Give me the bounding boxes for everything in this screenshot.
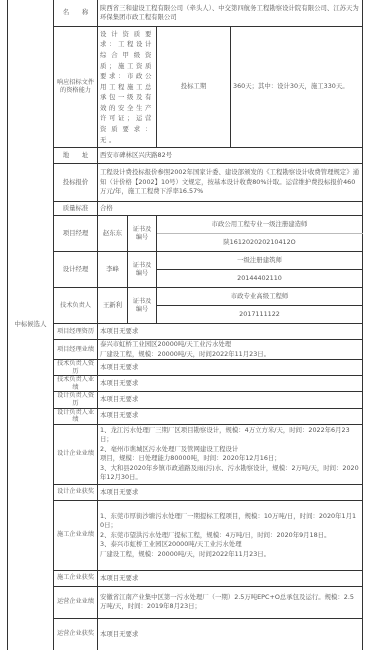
- row-quality: 质量标准 合格: [8, 202, 363, 216]
- value-pm-qualification: 本项目无要求: [98, 324, 363, 340]
- label-operation-company-performance: 运营企业业绩: [54, 586, 98, 618]
- value-design-lead-qualification: 本项目无要求: [98, 392, 363, 408]
- row-design-company-awards: 设计企业获奖 本项目无要求: [8, 484, 363, 500]
- label-pm-performance: 项目经理业绩: [54, 340, 98, 360]
- label-design-lead-performance: 设计负责人业绩: [54, 408, 98, 424]
- row-address: 地 址 西安市碑林区兴庆路82号: [8, 148, 363, 164]
- value-design-company-awards: 本项目无要求: [98, 484, 363, 500]
- label-pm-qualification: 项目经理资历: [54, 324, 98, 340]
- value-operation-company-awards: 本项目无要求: [98, 618, 363, 650]
- row-construction-company-performance: 施工企业业绩 1、东莞市厚街沙塘污水处理厂一期提标工程项目，规模：10万吨/日，…: [8, 500, 363, 570]
- value-tl-name: 王新利: [98, 288, 128, 324]
- row-design-lead-qualification: 设计负责人资历 本项目无要求: [8, 392, 363, 408]
- label-tech-qualification: 技术负责人资历: [54, 360, 98, 376]
- value-quality: 合格: [98, 202, 363, 216]
- row-project-manager: 项目经理 赵东东 证书及编号 市政公用工程专业一级注册建造师: [8, 216, 363, 234]
- value-construction-company-performance: 1、东莞市厚街沙塘污水处理厂一期提标工程项目，规模：10万吨/日，时间：2020…: [98, 500, 363, 570]
- value-tech-qualification: 本项目无要求: [98, 360, 363, 376]
- label-construction-company-performance: 施工企业业绩: [54, 500, 98, 570]
- row-design-company-performance: 设计企业业绩 1、龙江污水处理厂三期厂区项目勘察设计，规模：4万立方米/天，时间…: [8, 424, 363, 484]
- row-operation-company-performance: 运营企业业绩 安徽省江南产业集中区第一污水处理厂（一期）2.5万吨EPC+O总承…: [8, 586, 363, 618]
- value-tl-cert-name: 市政专业高级工程师: [157, 288, 363, 306]
- label-project-manager: 项目经理: [54, 216, 98, 252]
- value-design-lead-performance: 本项目无要求: [98, 408, 363, 424]
- label-design-lead-qualification: 设计负责人资历: [54, 392, 98, 408]
- row-pm-performance: 项目经理业绩 泰兴市虹桥工业园区20000吨/天工业污水处理 厂建设工程，规模：…: [8, 340, 363, 360]
- value-period: 360天；其中：设计30天，施工330天。: [231, 27, 363, 148]
- label-tech-lead: 技术负责人: [54, 288, 98, 324]
- value-dm-cert-no: 20144402110: [157, 270, 363, 288]
- row-pm-qualification: 项目经理资历 本项目无要求: [8, 324, 363, 340]
- label-tl-cert: 证书及编号: [128, 288, 157, 324]
- label-tech-performance: 技术负责人业绩: [54, 376, 98, 392]
- label-pm-cert: 证书及编号: [128, 216, 157, 252]
- label-name: 名 称: [54, 0, 98, 27]
- side-label: 中标候选人: [8, 0, 54, 650]
- value-tech-performance: 本项目无要求: [98, 376, 363, 392]
- label-quality: 质量标准: [54, 202, 98, 216]
- value-tl-cert-no: 2017111122: [157, 306, 363, 324]
- label-bid-price: 投标报价: [54, 164, 98, 202]
- value-pm-name: 赵东东: [98, 216, 128, 252]
- row-name: 中标候选人 名 称 陕西省三和建设工程有限公司（牵头人）、中交第四航务工程勘察设…: [8, 0, 363, 27]
- label-address: 地 址: [54, 148, 98, 164]
- row-design-lead-performance: 设计负责人业绩 本项目无要求: [8, 408, 363, 424]
- label-design-manager: 设计经理: [54, 252, 98, 288]
- label-dm-cert: 证书及编号: [128, 252, 157, 288]
- row-construction-company-awards: 施工企业获奖 本项目无要求: [8, 570, 363, 586]
- label-period: 投标工期: [157, 27, 231, 148]
- row-operation-company-awards: 运营企业获奖 本项目无要求: [8, 618, 363, 650]
- value-design-company-performance: 1、龙江污水处理厂三期厂区项目勘察设计，规模：4万立方米/天，时间：2022年6…: [98, 424, 363, 484]
- row-tech-lead: 技术负责人 王新利 证书及编号 市政专业高级工程师: [8, 288, 363, 306]
- bid-candidate-table: 中标候选人 名 称 陕西省三和建设工程有限公司（牵头人）、中交第四航务工程勘察设…: [7, 0, 363, 650]
- value-construction-company-awards: 本项目无要求: [98, 570, 363, 586]
- row-bid-price: 投标报价 工程设计费投标报价参照2002年国家计委、建设部颁发的《工程勘察设计收…: [8, 164, 363, 202]
- value-name: 陕西省三和建设工程有限公司（牵头人）、中交第四航务工程勘察设计院有限公司、江苏天…: [98, 0, 363, 27]
- value-dm-cert-name: 一级注册建筑师: [157, 252, 363, 270]
- value-bid-price: 工程设计费投标报价参照2002年国家计委、建设部颁发的《工程勘察设计收费管理规定…: [98, 164, 363, 202]
- label-design-company-awards: 设计企业获奖: [54, 484, 98, 500]
- value-qualification-requirements: 设计资质要求：工程设计综合甲级资质；施工资质要求：市政公用工程施工总承包一级及有…: [98, 27, 157, 148]
- value-operation-company-performance: 安徽省江南产业集中区第一污水处理厂（一期）2.5万吨EPC+O总承包及运行。规模…: [98, 586, 363, 618]
- row-qualification: 响应招标文件的资格能力 设计资质要求：工程设计综合甲级资质；施工资质要求：市政公…: [8, 27, 363, 148]
- value-pm-performance: 泰兴市虹桥工业园区20000吨/天工业污水处理 厂建设工程，规模：20000吨/…: [98, 340, 363, 360]
- value-pm-cert-name: 市政公用工程专业一级注册建造师: [157, 216, 363, 234]
- label-qualification: 响应招标文件的资格能力: [54, 27, 98, 148]
- row-tech-qualification: 技术负责人资历 本项目无要求: [8, 360, 363, 376]
- value-pm-cert-no: 陕161202020210412O: [157, 234, 363, 252]
- row-tech-performance: 技术负责人业绩 本项目无要求: [8, 376, 363, 392]
- value-dm-name: 李峰: [98, 252, 128, 288]
- label-design-company-performance: 设计企业业绩: [54, 424, 98, 484]
- row-design-manager: 设计经理 李峰 证书及编号 一级注册建筑师: [8, 252, 363, 270]
- label-construction-company-awards: 施工企业获奖: [54, 570, 98, 586]
- value-address: 西安市碑林区兴庆路82号: [98, 148, 363, 164]
- label-operation-company-awards: 运营企业获奖: [54, 618, 98, 650]
